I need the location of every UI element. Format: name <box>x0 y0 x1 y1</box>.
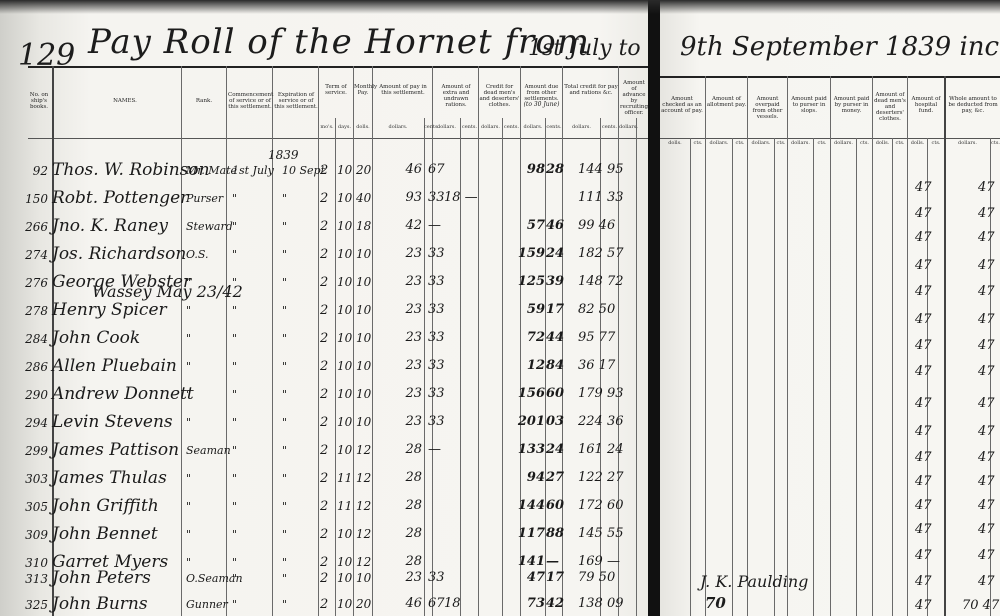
total-credit: 144 95 <box>578 162 624 177</box>
monthly-pay: 10 <box>356 303 371 317</box>
monthly-pay: 12 <box>356 471 371 485</box>
term-months: 2 <box>320 415 328 430</box>
pay-cents: 33 <box>428 386 445 401</box>
whole-deduction: 47 <box>978 180 995 195</box>
commencement: " <box>232 332 237 345</box>
ship-book-no: 276 <box>14 276 48 290</box>
sub-mos: mo's. <box>319 124 335 130</box>
term-days: 10 <box>337 163 352 177</box>
term-months: 2 <box>320 191 328 206</box>
title-part-2: 1st July to the <box>528 36 648 61</box>
commencement: " <box>232 360 237 373</box>
term-days: 10 <box>337 527 352 541</box>
due-dollars: 94 <box>515 470 545 485</box>
rank: " <box>186 528 191 541</box>
hospital-fund: 47 <box>915 396 932 411</box>
book-spine <box>648 0 660 616</box>
rank: " <box>186 472 191 485</box>
monthly-pay: 10 <box>356 571 371 585</box>
due-dollars: 156 <box>515 386 545 401</box>
col-rule <box>774 138 775 616</box>
monthly-pay: 10 <box>356 275 371 289</box>
col-rule <box>747 76 748 616</box>
header-expiration: Expiration of service or of this settlem… <box>274 92 318 110</box>
term-months: 2 <box>320 571 328 586</box>
col-rule <box>856 138 857 616</box>
expiration: " <box>282 444 287 457</box>
expiration: " <box>282 248 287 261</box>
whole-deduction: 47 <box>978 284 995 299</box>
term-days: 10 <box>337 415 352 429</box>
term-days: 10 <box>337 571 352 585</box>
whole-deduction: 47 <box>978 364 995 379</box>
due-cents: 17 <box>546 570 564 585</box>
header-top-rule <box>28 66 648 68</box>
sub-cts: cts. <box>928 140 944 146</box>
header-pay: Amount of pay in this settlement. <box>376 84 430 96</box>
expiration: " <box>282 360 287 373</box>
name: John Griffith <box>52 496 159 516</box>
name: Henry Spicer <box>52 300 167 320</box>
pay-dollars: 28 <box>380 470 422 485</box>
total-credit: 36 17 <box>578 358 615 373</box>
pay-cents: — <box>428 218 441 233</box>
sub-dollars: dollars. <box>706 140 732 146</box>
header-checked: Amount checked as an account of pay. <box>660 96 704 114</box>
term-days: 10 <box>337 191 352 205</box>
total-credit: 99 46 <box>578 218 615 233</box>
due-cents: 28 <box>546 162 564 177</box>
pay-dollars: 23 <box>380 246 422 261</box>
header-whole: Whole amount to be deducted from pay, &c… <box>946 96 1000 114</box>
commencement: " <box>232 500 237 513</box>
total-credit: 182 57 <box>578 246 624 261</box>
header-dead: Amount of dead men's and deserters' clot… <box>873 92 907 122</box>
due-dollars: 125 <box>515 274 545 289</box>
signature-amount: 70 <box>705 594 726 612</box>
ship-book-no: 303 <box>14 472 48 486</box>
table-row: 294 Levin Stevens " " " 2 10 10 23 33 20… <box>0 410 648 440</box>
table-row: 150 Robt. Pottenger Purser " " 2 10 40 9… <box>0 186 648 216</box>
due-cents: 27 <box>546 470 564 485</box>
name: John Bennet <box>52 524 158 544</box>
pay-cents: 33 <box>428 274 445 289</box>
name: Andrew Donnett <box>52 384 194 404</box>
expiration: " <box>282 472 287 485</box>
hospital-fund: 47 <box>915 312 932 327</box>
sub-dollars: dollars. <box>521 124 545 130</box>
term-days: 10 <box>337 303 352 317</box>
table-row: 299 James Pattison Seaman " " 2 10 12 28… <box>0 438 648 468</box>
hospital-fund: 47 <box>915 180 932 195</box>
name: Jos. Richardson <box>52 244 186 264</box>
term-months: 2 <box>320 499 328 514</box>
total-credit: 122 27 <box>578 470 624 485</box>
left-page: 129 Pay Roll of the Hornet from 1st July… <box>0 0 648 616</box>
sub-dollars: dollars. <box>748 140 774 146</box>
whole-deduction: 47 <box>978 450 995 465</box>
sub-dollars: dollars. <box>619 124 636 130</box>
hospital-fund: 47 <box>915 522 932 537</box>
due-dollars: 73 <box>515 596 545 611</box>
name: John Peters <box>52 568 151 588</box>
commencement: " <box>232 444 237 457</box>
monthly-pay: 12 <box>356 527 371 541</box>
rank: Gunner <box>186 598 228 611</box>
whole-deduction: 47 <box>978 474 995 489</box>
monthly-pay: 10 <box>356 359 371 373</box>
commencement: " <box>232 572 237 585</box>
pay-dollars: 23 <box>380 570 422 585</box>
term-days: 10 <box>337 247 352 261</box>
pay-dollars: 46 <box>380 596 422 611</box>
monthly-pay: 20 <box>356 163 371 177</box>
commencement: " <box>232 416 237 429</box>
hospital-fund: 47 <box>915 598 932 613</box>
pay-dollars: 23 <box>380 274 422 289</box>
table-row: 309 John Bennet " " " 2 10 12 28 117 88 … <box>0 522 648 552</box>
header-commencement: Commencement of service or of this settl… <box>228 92 272 110</box>
whole-deduction: 47 <box>978 230 995 245</box>
sub-dollars: dollars. <box>945 140 990 146</box>
whole-deduction: 47 <box>978 338 995 353</box>
whole-deduction: 47 <box>978 258 995 273</box>
pay-dollars: 93 <box>380 190 422 205</box>
whole-deduction: 47 <box>978 574 995 589</box>
ship-book-no: 274 <box>14 248 48 262</box>
pay-dollars: 23 <box>380 330 422 345</box>
ship-book-no: 299 <box>14 444 48 458</box>
total-credit: 79 50 <box>578 570 615 585</box>
rank: Seaman <box>186 444 231 457</box>
table-row: 274 Jos. Richardson O.S. " " 2 10 10 23 … <box>0 242 648 272</box>
col-rule <box>892 138 893 616</box>
col-rule <box>732 138 733 616</box>
col-rule <box>907 76 908 616</box>
title-part-3: 9th September 1839 incl. <box>680 32 1000 62</box>
due-cents: 88 <box>546 526 564 541</box>
due-dollars: 12 <box>515 358 545 373</box>
hospital-fund: 47 <box>915 284 932 299</box>
term-months: 2 <box>320 597 328 612</box>
name: Jno. K. Raney <box>52 216 168 236</box>
sub-dolls: dolls. <box>660 140 690 146</box>
commencement: " <box>232 220 237 233</box>
due-cents: 17 <box>546 302 564 317</box>
table-row: 92 Thos. W. Robinson Mr. Mate 1st July 1… <box>0 158 648 188</box>
rank: Steward <box>186 220 233 233</box>
col-rule <box>872 76 873 616</box>
total-credit: 145 55 <box>578 526 624 541</box>
ship-book-no: 284 <box>14 332 48 346</box>
col-rule <box>705 76 706 616</box>
due-cents: 84 <box>546 358 564 373</box>
sub-cents: cents. <box>546 124 562 130</box>
due-cents: 46 <box>546 218 564 233</box>
monthly-pay: 20 <box>356 597 371 611</box>
pay-dollars: 23 <box>380 386 422 401</box>
sub-cts: cts. <box>893 140 907 146</box>
term-months: 2 <box>320 527 328 542</box>
table-row: 266 Jno. K. Raney Steward " " 2 10 18 42… <box>0 214 648 244</box>
sub-dolls: dolls. <box>354 124 372 130</box>
col-rule <box>787 76 788 616</box>
name: Robt. Pottenger <box>52 188 188 208</box>
sub-dolls: dolls. <box>908 140 927 146</box>
monthly-pay: 10 <box>356 415 371 429</box>
total-credit: 138 09 <box>578 596 624 611</box>
sub-cts: cts. <box>691 140 705 146</box>
monthly-pay: 10 <box>356 387 371 401</box>
term-months: 2 <box>320 303 328 318</box>
table-row: 278 Henry Spicer " " " 2 10 10 23 33 59 … <box>0 298 648 328</box>
term-days: 10 <box>337 219 352 233</box>
page-top-shadow <box>0 0 1000 14</box>
header-due-note: (to 30 June) <box>524 101 560 108</box>
extra-rations: 18 <box>444 596 461 611</box>
pay-cents: 67 <box>428 596 445 611</box>
sub-dollars: dollars. <box>373 124 423 130</box>
expiration: " <box>282 276 287 289</box>
rank: " <box>186 500 191 513</box>
name: John Burns <box>52 594 148 614</box>
sub-cts: cts. <box>814 140 830 146</box>
title-continued: 9th September 1839 incl. <box>660 10 1000 70</box>
pay-cents: 33 <box>428 414 445 429</box>
col-rule <box>944 76 946 616</box>
whole-deduction: 47 <box>978 206 995 221</box>
header-slops: Amount paid to purser in slops. <box>788 96 830 114</box>
term-days: 11 <box>337 471 352 485</box>
term-days: 10 <box>337 387 352 401</box>
due-dollars: 57 <box>515 218 545 233</box>
ship-book-no: 309 <box>14 528 48 542</box>
title-part-1: Pay Roll of the Hornet from <box>88 22 590 62</box>
whole-deduction: 47 <box>978 522 995 537</box>
sub-cents: cents. <box>503 124 520 130</box>
expiration: 10 Sept <box>282 164 325 177</box>
sub-dollars: dollars. <box>831 140 856 146</box>
hospital-fund: 47 <box>915 338 932 353</box>
expiration: " <box>282 332 287 345</box>
due-dollars: 201 <box>515 414 545 429</box>
name: Levin Stevens <box>52 412 173 432</box>
commencement: " <box>232 192 237 205</box>
due-cents: 60 <box>546 498 564 513</box>
rank: " <box>186 332 191 345</box>
hospital-fund: 47 <box>915 364 932 379</box>
term-months: 2 <box>320 387 328 402</box>
rank: " <box>186 360 191 373</box>
ship-book-no: 290 <box>14 388 48 402</box>
term-months: 2 <box>320 247 328 262</box>
signature: J. K. Paulding <box>700 572 808 591</box>
header-hospital: Amount of hospital fund. <box>908 96 944 114</box>
ship-book-no: 266 <box>14 220 48 234</box>
pay-dollars: 46 <box>380 162 422 177</box>
term-days: 11 <box>337 499 352 513</box>
whole-deduction: 47 <box>978 424 995 439</box>
col-rule <box>813 138 814 616</box>
whole-deduction: 47 <box>978 312 995 327</box>
name: James Thulas <box>52 468 167 488</box>
expiration: " <box>282 388 287 401</box>
sub-dollars: dollars. <box>563 124 600 130</box>
header-no: No. on ship's books. <box>26 92 52 110</box>
due-cents: 03 <box>546 414 564 429</box>
ship-book-no: 278 <box>14 304 48 318</box>
total-credit: 172 60 <box>578 498 624 513</box>
table-row: 305 John Griffith " " " 2 11 12 28 144 6… <box>0 494 648 524</box>
due-dollars: 144 <box>515 498 545 513</box>
total-credit: 161 24 <box>578 442 624 457</box>
header-credit: Credit for dead men's and deserters' clo… <box>479 84 520 108</box>
sub-cts: cts. <box>857 140 872 146</box>
rank: Mr. Mate <box>186 164 237 177</box>
pay-dollars: 28 <box>380 498 422 513</box>
pay-cents: 33 <box>428 570 445 585</box>
due-cents: 42 <box>546 596 564 611</box>
due-dollars: 159 <box>515 246 545 261</box>
term-days: 10 <box>337 275 352 289</box>
hospital-fund: 47 <box>915 548 932 563</box>
header-advance: Amount of advance by recruiting officer. <box>620 80 648 116</box>
due-cents: 60 <box>546 386 564 401</box>
due-dollars: 133 <box>515 442 545 457</box>
rank: " <box>186 416 191 429</box>
rank: Purser <box>186 192 223 205</box>
hospital-fund: 47 <box>915 424 932 439</box>
expiration: " <box>282 598 287 611</box>
total-credit: 95 77 <box>578 330 615 345</box>
monthly-pay: 40 <box>356 191 371 205</box>
ship-book-no: 325 <box>14 598 48 612</box>
header-monthly-pay: Monthly Pay. <box>354 84 372 96</box>
pay-dollars: 28 <box>380 526 422 541</box>
pay-cents: 33 <box>428 302 445 317</box>
pay-cents: — <box>428 442 441 457</box>
sub-cents: cents. <box>461 124 478 130</box>
hospital-fund: 47 <box>915 498 932 513</box>
ship-book-no: 150 <box>14 192 48 206</box>
pay-dollars: 23 <box>380 414 422 429</box>
due-dollars: 59 <box>515 302 545 317</box>
header-allotment: Amount of allotment pay. <box>706 96 747 108</box>
header-due-label: Amount due from other settlements. <box>524 84 558 102</box>
term-days: 10 <box>337 443 352 457</box>
sub-cts: cts. <box>733 140 747 146</box>
monthly-pay: 12 <box>356 443 371 457</box>
term-months: 2 <box>320 359 328 374</box>
term-months: 2 <box>320 163 328 178</box>
table-row: 325 John Burns Gunner " " 2 10 20 46 67 … <box>0 592 648 616</box>
expiration: " <box>282 192 287 205</box>
expiration: " <box>282 572 287 585</box>
header-due: Amount due from other settlements. (to 3… <box>521 84 562 108</box>
hospital-fund: 47 <box>915 474 932 489</box>
commencement: " <box>232 248 237 261</box>
total-credit: 179 93 <box>578 386 624 401</box>
term-days: 10 <box>337 597 352 611</box>
term-months: 2 <box>320 219 328 234</box>
term-days: 10 <box>337 331 352 345</box>
sub-cents: cents. <box>424 124 432 130</box>
pay-dollars: 28 <box>380 442 422 457</box>
sub-dollars: dollars. <box>788 140 813 146</box>
document-title: 129 Pay Roll of the Hornet from 1st July… <box>8 10 648 70</box>
due-dollars: 72 <box>515 330 545 345</box>
term-days: 10 <box>337 359 352 373</box>
monthly-pay: 10 <box>356 247 371 261</box>
due-cents: 39 <box>546 274 564 289</box>
ship-book-no: 305 <box>14 500 48 514</box>
commencement: 1st July <box>232 164 274 177</box>
header-rank: Rank. <box>183 98 225 104</box>
due-dollars: 47 <box>515 570 545 585</box>
commencement: " <box>232 528 237 541</box>
hospital-fund: 47 <box>915 574 932 589</box>
name: Allen Pluebain <box>52 356 177 376</box>
sub-days: days. <box>336 124 353 130</box>
total-credit: 224 36 <box>578 414 624 429</box>
pay-cents: 33 <box>428 358 445 373</box>
pay-dollars: 42 <box>380 218 422 233</box>
monthly-pay: 18 <box>356 219 371 233</box>
commencement: " <box>232 598 237 611</box>
pay-cents: 33 <box>428 190 445 205</box>
hospital-fund: 47 <box>915 258 932 273</box>
header-term: Term of service. <box>319 84 353 96</box>
whole-deduction: 47 <box>978 498 995 513</box>
total-credit: 82 50 <box>578 302 615 317</box>
commencement: " <box>232 304 237 317</box>
hospital-fund: 47 <box>915 230 932 245</box>
term-months: 2 <box>320 443 328 458</box>
due-cents: 24 <box>546 246 564 261</box>
sub-cents: cents. <box>601 124 618 130</box>
col-rule <box>830 76 831 616</box>
commencement: " <box>232 472 237 485</box>
term-months: 2 <box>320 275 328 290</box>
due-dollars: 98 <box>515 162 545 177</box>
sub-dollars: dollars. <box>433 124 460 130</box>
due-cents: 24 <box>546 442 564 457</box>
monthly-pay: 12 <box>356 499 371 513</box>
expiration: " <box>282 304 287 317</box>
table-row: 290 Andrew Donnett " " " 2 10 10 23 33 1… <box>0 382 648 412</box>
table-row: 284 John Cook " " " 2 10 10 23 33 72 44 … <box>0 326 648 356</box>
rank: " <box>186 304 191 317</box>
sub-cts: cts. <box>991 140 1000 146</box>
total-credit: 148 72 <box>578 274 624 289</box>
pay-cents: 67 <box>428 162 445 177</box>
pay-dollars: 23 <box>380 302 422 317</box>
due-dollars: 117 <box>515 526 545 541</box>
sub-cts: cts. <box>775 140 787 146</box>
table-row: 303 James Thulas " " " 2 11 12 28 94 27 … <box>0 466 648 496</box>
expiration: " <box>282 416 287 429</box>
pay-cents: 33 <box>428 330 445 345</box>
name: James Pattison <box>52 440 179 460</box>
whole-deduction: 47 <box>978 396 995 411</box>
expiration: " <box>282 500 287 513</box>
pay-cents: 33 <box>428 246 445 261</box>
header-names: NAMES. <box>90 98 160 104</box>
hospital-fund: 47 <box>915 450 932 465</box>
col-rule <box>690 138 691 616</box>
right-page: 9th September 1839 incl. Amount checked … <box>660 0 1000 616</box>
monthly-pay: 10 <box>356 331 371 345</box>
